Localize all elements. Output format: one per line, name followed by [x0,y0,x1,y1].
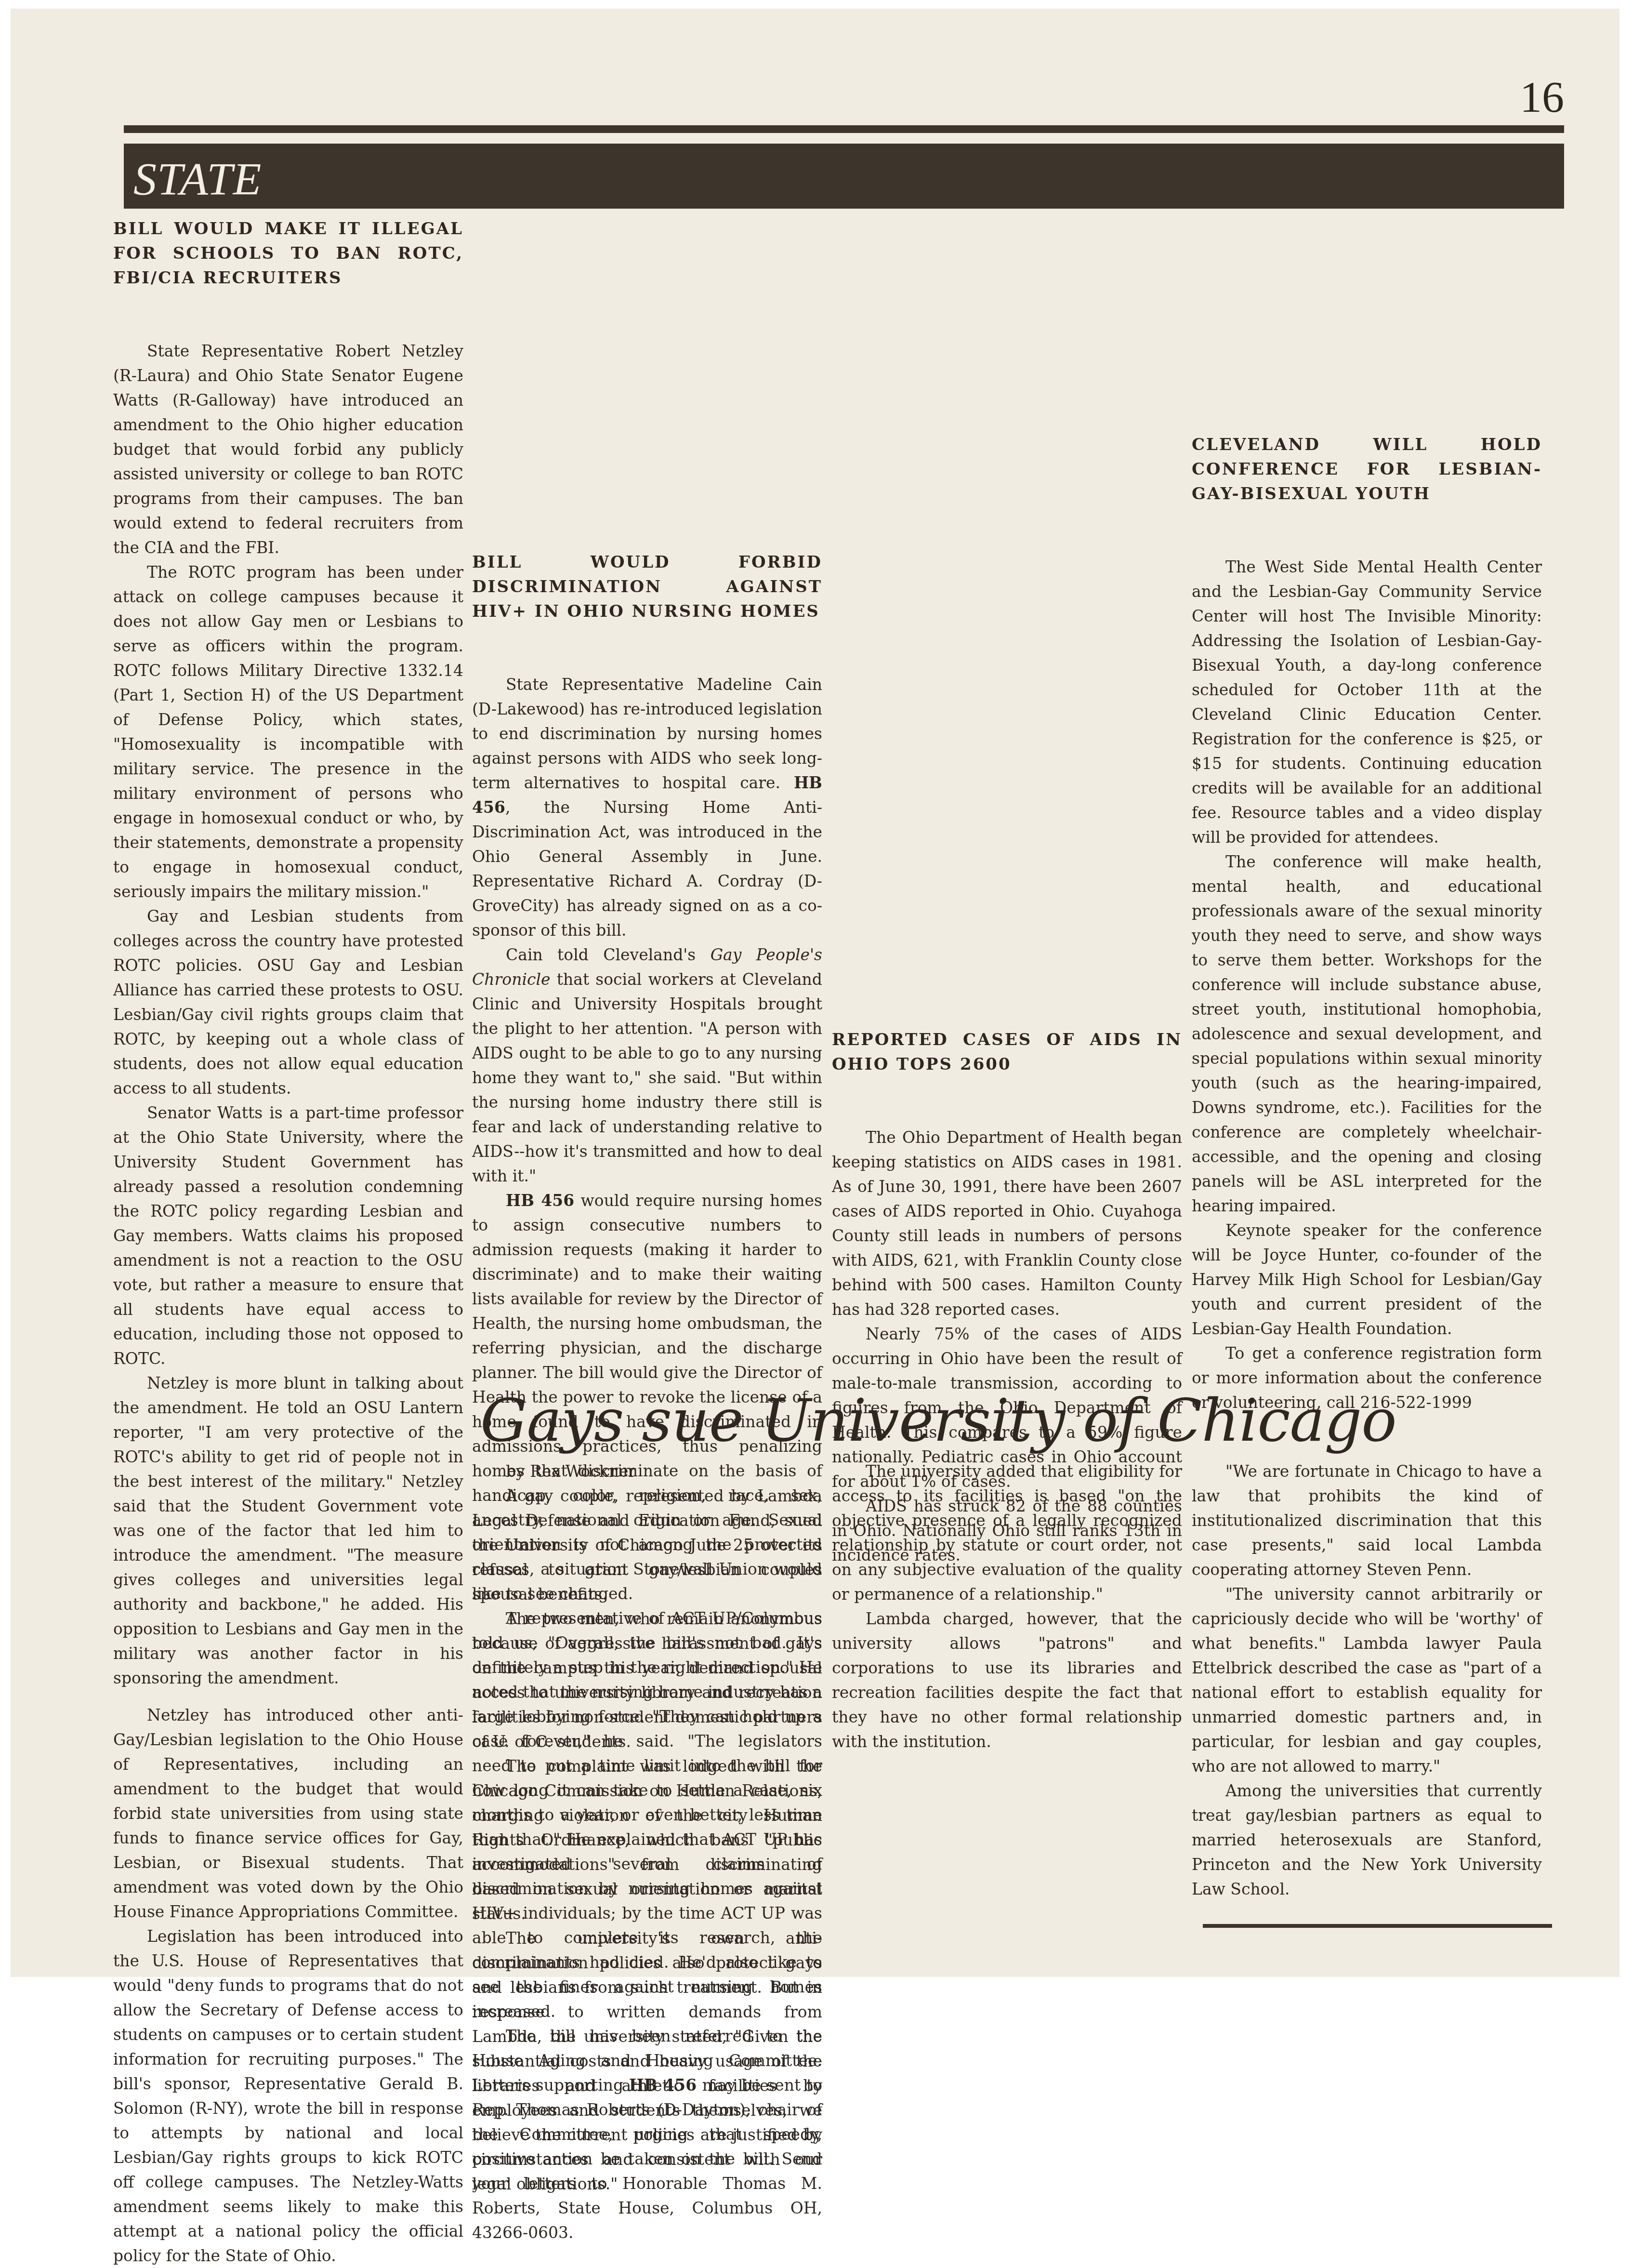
rotc-paragraph: Legislation has been introduced into the… [113,1924,463,1992]
conference-paragraph: The conference will make health, mental … [1192,849,1542,1218]
rotc-paragraph: Netzley is more blunt in talking about t… [113,1371,463,1690]
section-title: STATE [133,152,262,206]
conference-paragraph: The West Side Mental Health Center and t… [1192,555,1542,849]
chicago-paragraph: The complaint was lodged with the Chicag… [472,1754,822,1926]
nursing-heading: BILL WOULD FORBID DISCRIMINATION AGAINST… [472,550,822,624]
section-banner: STATE [124,144,1564,209]
rotc-paragraph: Netzley has introduced other anti-Gay/Le… [113,1703,463,1924]
chicago-paragraph: Lambda charged, however, that the univer… [832,1606,1182,1754]
chicago-paragraph: A gay couple, represented by Lambda Lega… [472,1484,822,1606]
conference-heading: CLEVELAND WILL HOLD CONFERENCE FOR LESBI… [1192,433,1542,506]
column-1: BILL WOULD MAKE IT ILLEGAL FOR SCHOOLS T… [113,217,463,1992]
rotc-paragraph: Gay and Lesbian students from colleges a… [113,904,463,1101]
page-number: 16 [1504,71,1564,122]
chicago-column-2: The university added that eligibility fo… [832,1459,1182,1754]
nursing-paragraph: State Representative Madeline Cain (D-La… [472,672,822,942]
chicago-paragraph: "We are fortunate in Chicago to have a l… [1192,1459,1542,1582]
top-rule [124,125,1564,133]
chicago-paragraph: The university's own anti-discrimination… [472,1926,822,1992]
rotc-paragraph: State Representative Robert Netzley (R-L… [113,339,463,560]
rotc-paragraph: Senator Watts is a part-time professor a… [113,1101,463,1371]
chicago-paragraph: Among the universities that currently tr… [1192,1778,1542,1901]
bill-number: HB 456 [506,1191,574,1210]
rotc-paragraph: The ROTC program has been under attack o… [113,560,463,904]
chicago-column-3: "We are fortunate in Chicago to have a l… [1192,1459,1542,1901]
newspaper-page: 16 STATE BILL WOULD MAKE IT ILLEGAL FOR … [11,9,1619,1977]
byline: by Rex Wockner [472,1459,822,1484]
chicago-paragraph: "The university cannot arbitrarily or ca… [1192,1582,1542,1778]
chicago-paragraph: The university added that eligibility fo… [832,1459,1182,1606]
chicago-column-1: by Rex Wockner A gay couple, represented… [472,1459,822,1992]
rotc-heading: BILL WOULD MAKE IT ILLEGAL FOR SCHOOLS T… [113,217,463,291]
column-4: CLEVELAND WILL HOLD CONFERENCE FOR LESBI… [1192,433,1542,1415]
bottom-rule [1203,1924,1552,1928]
aids-paragraph: The Ohio Department of Health began keep… [832,1125,1182,1322]
chicago-headline: Gays sue University of Chicago [480,1384,1444,1457]
nursing-paragraph: Cain told Cleveland's Gay People's Chron… [472,942,822,1188]
chicago-paragraph: The two men, who remain anonymous becaus… [472,1606,822,1754]
aids-heading: REPORTED CASES OF AIDS IN OHIO TOPS 2600 [832,1028,1182,1077]
conference-paragraph: Keynote speaker for the conference will … [1192,1218,1542,1341]
